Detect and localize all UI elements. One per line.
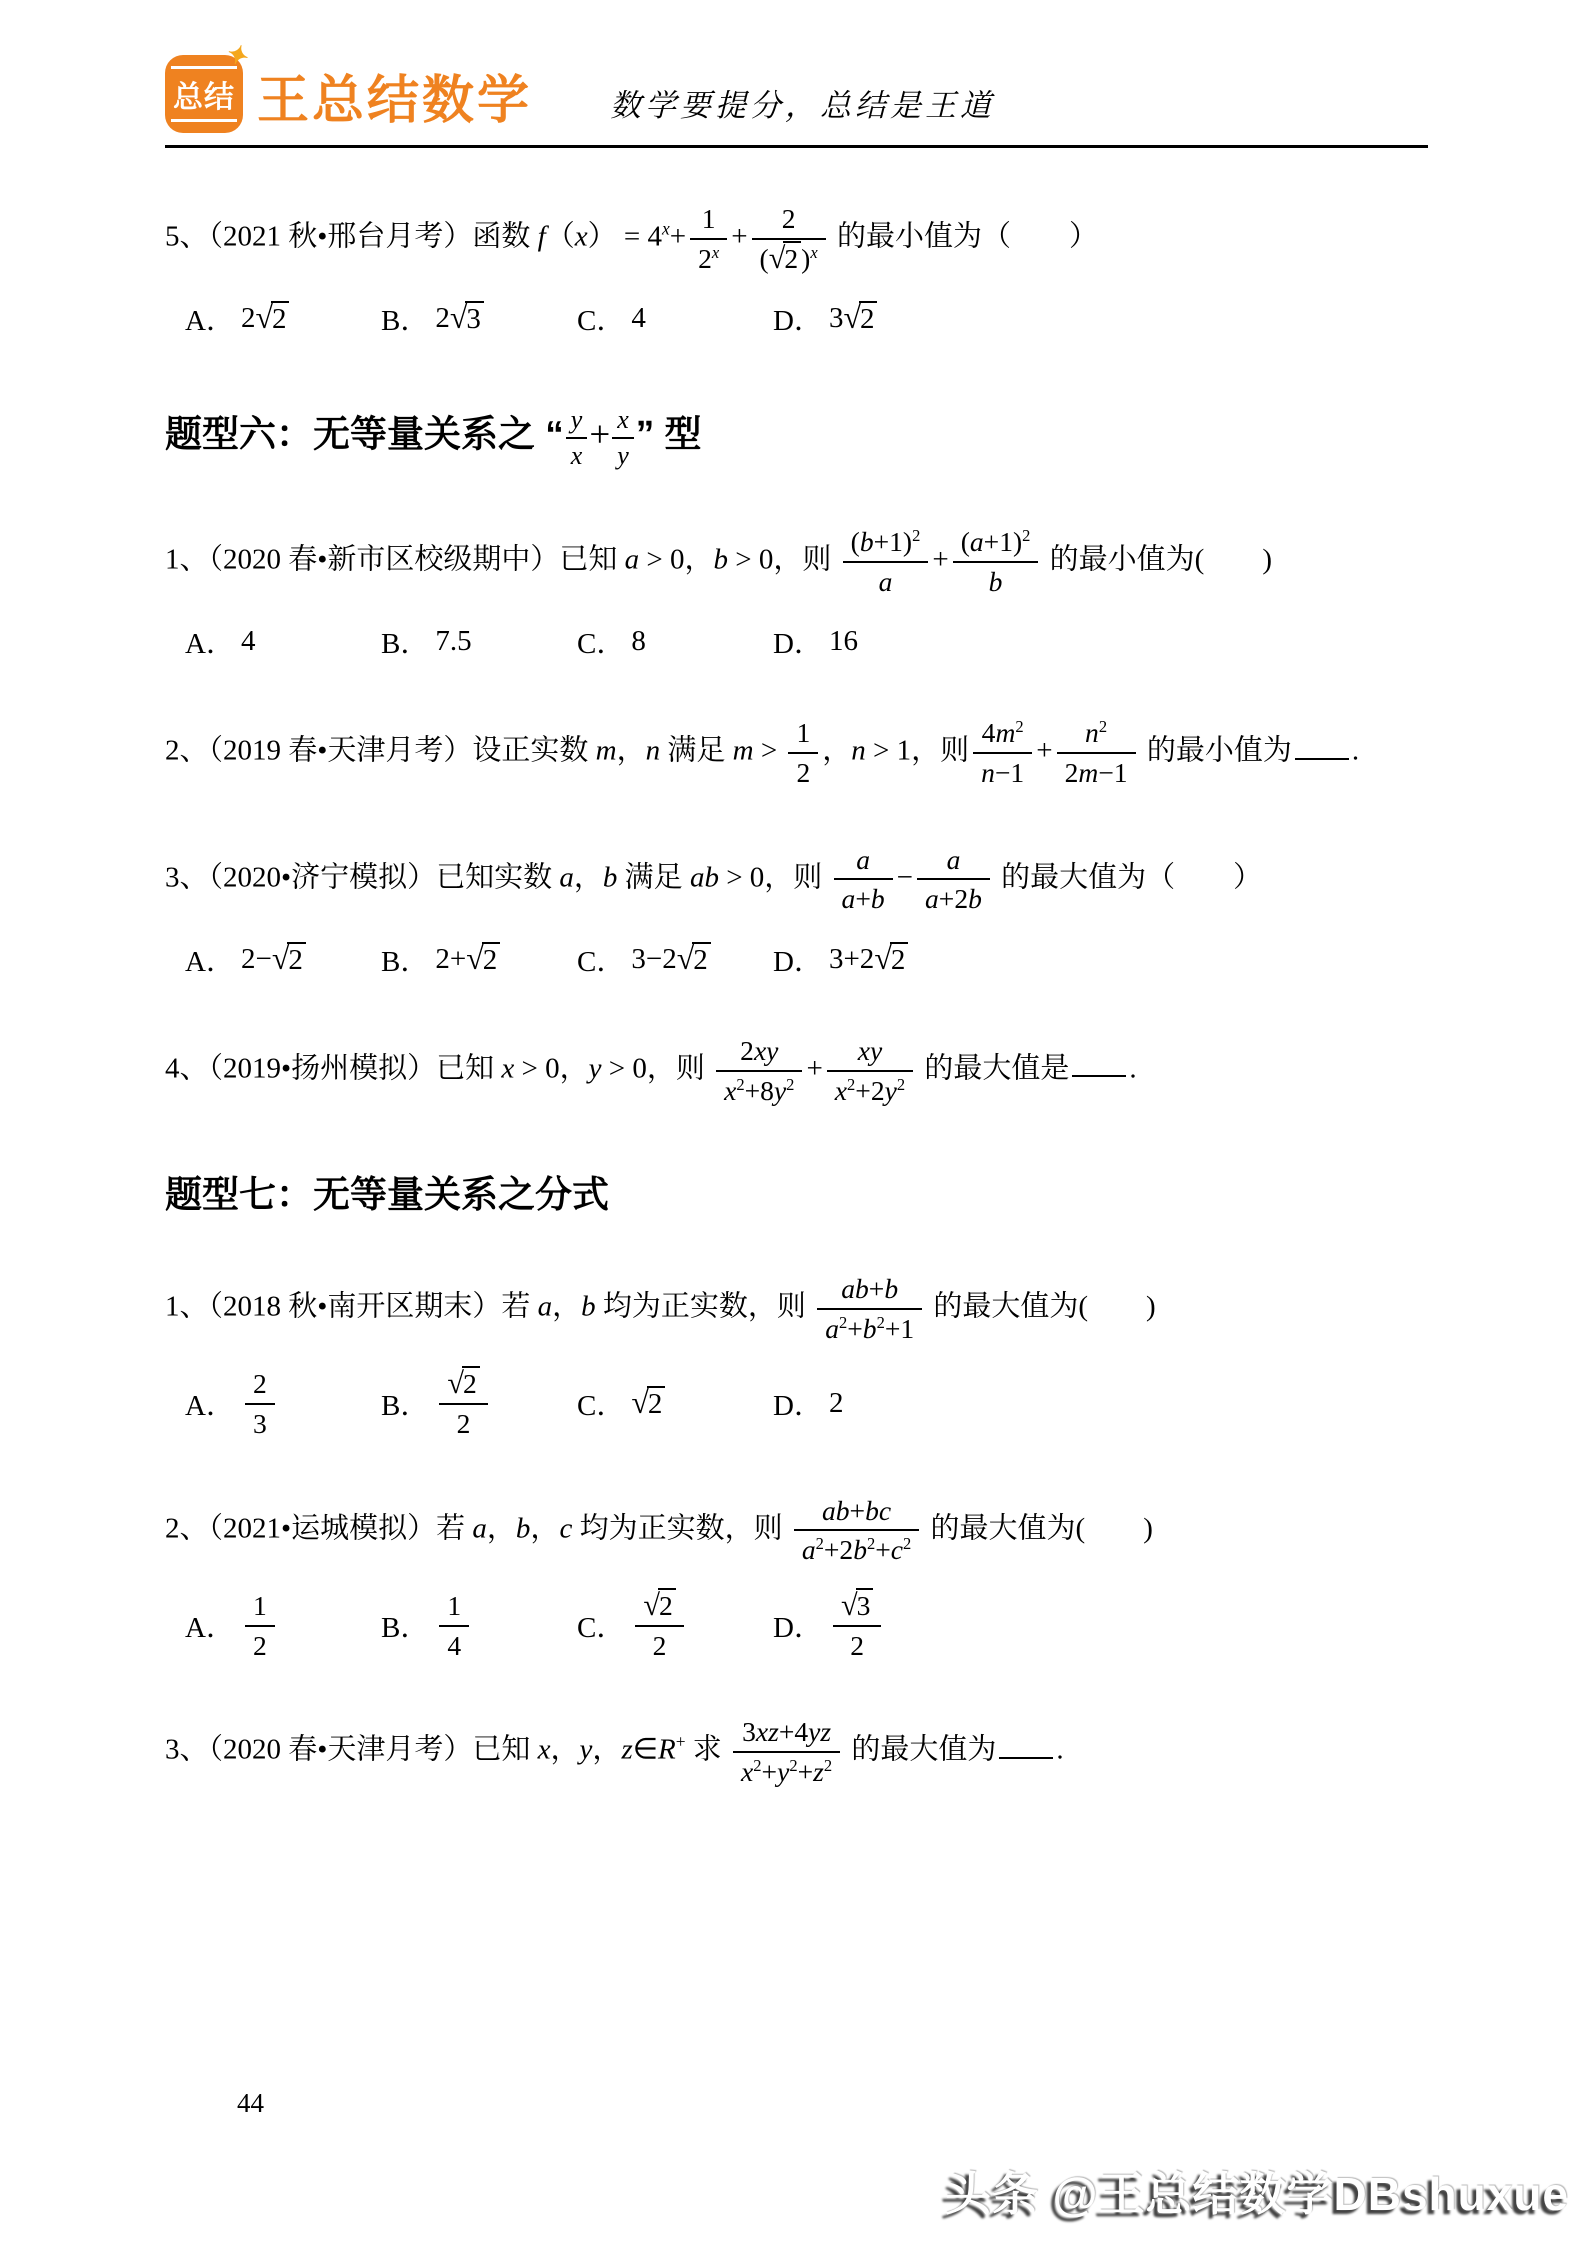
questions-area: 5、（2021 秋•邢台月考）函数 f（x） = 4x+12x+2(√2)x 的… xyxy=(165,203,1428,1788)
text: 2− xyxy=(241,943,272,976)
text: ， xyxy=(530,1512,559,1544)
math-var: a xyxy=(970,526,984,557)
option-label: A． xyxy=(185,1383,235,1424)
radicand: 2 xyxy=(271,301,290,335)
text: ， xyxy=(552,1290,581,1322)
numerator: √3 xyxy=(833,1590,881,1627)
fraction: aa+b xyxy=(834,844,893,915)
sqrt-expression: √2 xyxy=(677,943,711,977)
option: D．3√2 xyxy=(773,298,969,339)
denominator: 2x xyxy=(690,240,727,275)
text: 2、（2021•运城模拟）若 xyxy=(165,1512,472,1544)
fraction: 12x xyxy=(690,203,727,274)
text: 求 xyxy=(686,1734,730,1766)
section-title-6: 题型六：无等量关系之 “yx+xy” 型 xyxy=(165,405,1428,471)
superscript: x xyxy=(810,243,817,262)
text: ， xyxy=(487,1512,516,1544)
superscript: 2 xyxy=(789,1756,797,1775)
math-var: b xyxy=(860,526,874,557)
answer-blank xyxy=(1072,1046,1126,1077)
math-var: b xyxy=(884,1273,898,1304)
math-var: x xyxy=(617,405,629,434)
denominator: 2 xyxy=(788,754,818,789)
math-var: b xyxy=(968,883,982,914)
numerator: (a+1)2 xyxy=(953,526,1039,563)
radicand: 2 xyxy=(287,942,306,976)
math-var: a xyxy=(879,566,893,597)
numerator: xy xyxy=(827,1035,913,1072)
denominator: a+2b xyxy=(917,880,990,915)
text: “ xyxy=(545,414,564,455)
question-7-1-options: A．23B．√22C．√2D．2 xyxy=(165,1368,1428,1439)
math-var: y xyxy=(774,1075,786,1106)
document-page: ✦ 总结 王总结数学 数学要提分，总结是王道 5、（2021 秋•邢台月考）函数… xyxy=(0,0,1587,2245)
text: 的最小值为 xyxy=(1140,735,1292,767)
fraction: √22 xyxy=(439,1368,487,1439)
numerator: 2 xyxy=(752,203,826,240)
superscript: 2 xyxy=(1022,526,1030,545)
numerator: 2 xyxy=(245,1368,275,1405)
numerator: 1 xyxy=(788,717,818,754)
question-7-3: 3、（2020 春•天津月考）已知 x，y，z∈R+ 求 3xz+4yzx2+y… xyxy=(165,1716,1428,1787)
sqrt-expression: √2 xyxy=(769,243,801,275)
text: 1、（2020 春•新市区校级期中）已知 xyxy=(165,543,625,575)
math-var: b xyxy=(989,566,1003,597)
fraction: xy xyxy=(612,405,634,471)
denominator: x2+y2+z2 xyxy=(733,1753,840,1788)
radicand: 2 xyxy=(890,942,909,976)
text: 8 xyxy=(631,625,646,658)
text: . xyxy=(1352,735,1359,767)
denominator: 2 xyxy=(833,1627,881,1662)
question-7-2-options: A．12B．14C．√22D．√32 xyxy=(165,1590,1428,1661)
option: D．2 xyxy=(773,1368,969,1439)
text: −1 xyxy=(1098,757,1127,788)
question-6-3: 3、（2020•济宁模拟）已知实数 a，b 满足 ab > 0，则 aa+b−a… xyxy=(165,844,1428,915)
fraction: yx xyxy=(566,405,588,471)
text: + xyxy=(875,1534,891,1565)
text: +2 xyxy=(939,883,968,914)
text: + xyxy=(850,1495,866,1526)
text: . xyxy=(1056,1734,1063,1766)
math-var: b xyxy=(581,1290,596,1322)
math-var: a xyxy=(472,1512,487,1544)
fraction: 4m2n−1 xyxy=(973,717,1032,788)
text: 的最大值为（ ） xyxy=(994,861,1262,893)
header: ✦ 总结 王总结数学 数学要提分，总结是王道 xyxy=(165,55,1428,133)
text: ， xyxy=(551,1734,580,1766)
watermark-text: 头条 @王总结数学DBshuxue xyxy=(945,2158,1569,2224)
math-var: xy xyxy=(754,1035,778,1066)
denominator: 4 xyxy=(439,1627,469,1662)
option-label: C． xyxy=(577,621,625,662)
sqrt-expression: √2 xyxy=(643,1590,675,1622)
text: + xyxy=(762,1756,778,1787)
math-var: x xyxy=(575,220,588,252)
text: ， xyxy=(574,861,603,893)
math-var: xy xyxy=(858,1035,882,1066)
text: 题型七：无等量关系之分式 xyxy=(165,1174,609,1215)
superscript: 2 xyxy=(839,1312,847,1331)
denominator: x2+8y2 xyxy=(716,1072,802,1107)
math-var: b xyxy=(714,543,729,575)
option-label: D． xyxy=(773,939,823,980)
option: B．√22 xyxy=(381,1368,577,1439)
text: + xyxy=(670,220,686,252)
text: 2、（2019 春•天津月考）设正实数 xyxy=(165,735,596,767)
text: 3 xyxy=(742,1716,756,1747)
numerator: 2xy xyxy=(716,1035,802,1072)
denominator: x2+2y2 xyxy=(827,1072,913,1107)
math-var: a xyxy=(856,844,870,875)
text: 7.5 xyxy=(435,625,471,658)
superscript: 2 xyxy=(816,1534,824,1553)
text: 3−2 xyxy=(631,943,676,976)
math-var: y xyxy=(885,1075,897,1106)
radicand: 2 xyxy=(859,301,878,335)
math-var: a xyxy=(825,1313,839,1344)
fraction: (b+1)2a xyxy=(843,526,929,597)
math-var: b xyxy=(603,861,618,893)
text: +2 xyxy=(824,1534,853,1565)
brand-title: 王总结数学 xyxy=(257,75,532,133)
math-var: a xyxy=(559,861,574,893)
text: + xyxy=(798,1756,814,1787)
option: C．3−2√2 xyxy=(577,939,773,980)
sqrt-expression: √3 xyxy=(841,1590,873,1622)
math-var: y xyxy=(617,441,629,470)
sqrt-expression: √2 xyxy=(843,302,877,336)
fraction: xyx2+2y2 xyxy=(827,1035,913,1106)
option: B．14 xyxy=(381,1590,577,1661)
radicand: 2 xyxy=(692,942,711,976)
text: 1 xyxy=(447,1590,461,1621)
math-var: x xyxy=(501,1052,514,1084)
option-label: C． xyxy=(577,939,625,980)
fraction: 3xz+4yzx2+y2+z2 xyxy=(733,1716,840,1787)
option: D．3+2√2 xyxy=(773,939,969,980)
answer-blank xyxy=(999,1728,1053,1759)
math-var: x xyxy=(741,1756,753,1787)
text: 的最大值为( ) xyxy=(923,1512,1153,1544)
text: ， xyxy=(822,735,851,767)
fraction: 2xyx2+8y2 xyxy=(716,1035,802,1106)
fraction: √32 xyxy=(833,1590,881,1661)
option: A．2√2 xyxy=(185,298,381,339)
sqrt-expression: √2 xyxy=(631,1387,665,1421)
superscript: 2 xyxy=(897,1075,905,1094)
option: B．2+√2 xyxy=(381,939,577,980)
text: > 0，则 xyxy=(719,861,830,893)
text: 2 xyxy=(698,243,712,274)
text: + xyxy=(589,415,610,456)
numerator: 1 xyxy=(690,203,727,240)
answer-blank xyxy=(1295,729,1349,760)
math-var: y xyxy=(777,1756,789,1787)
superscript: 2 xyxy=(736,1075,744,1094)
radicand: 2 xyxy=(482,942,501,976)
option-label: B． xyxy=(381,298,429,339)
sqrt-expression: √2 xyxy=(272,943,306,977)
text: 2 xyxy=(435,302,450,335)
radicand: 2 xyxy=(783,241,801,274)
option-label: C． xyxy=(577,1383,625,1424)
radicand: 2 xyxy=(462,1366,480,1399)
text: + xyxy=(1036,735,1052,767)
denominator: (√2)x xyxy=(752,240,826,275)
superscript: 2 xyxy=(786,1075,794,1094)
numerator: a xyxy=(834,844,893,881)
option: D．16 xyxy=(773,621,969,662)
radicand: 2 xyxy=(647,1386,666,1420)
question-6-2: 2、（2019 春•天津月考）设正实数 m，n 满足 m > 12，n > 1，… xyxy=(165,717,1428,788)
math-var: m xyxy=(1078,757,1098,788)
option-label: A． xyxy=(185,1605,235,1646)
radicand: 2 xyxy=(658,1588,676,1621)
denominator: a+b xyxy=(834,880,893,915)
question-6-3-options: A．2−√2B．2+√2C．3−2√2D．3+2√2 xyxy=(165,939,1428,980)
fraction: (a+1)2b xyxy=(953,526,1039,597)
text: ” xyxy=(636,414,655,455)
radicand: 3 xyxy=(465,301,484,335)
superscript: 2 xyxy=(912,526,920,545)
math-var: n xyxy=(646,735,661,767)
numerator: ab+b xyxy=(817,1273,922,1310)
denominator: 2m−1 xyxy=(1057,754,1136,789)
superscript: 2 xyxy=(867,1534,875,1553)
text: 2 xyxy=(253,1368,267,1399)
math-var: n xyxy=(1085,717,1099,748)
math-var: yz xyxy=(808,1716,831,1747)
denominator: 3 xyxy=(245,1405,275,1440)
sqrt-expression: √2 xyxy=(466,943,500,977)
text: 4、（2019•扬州模拟）已知 xyxy=(165,1052,501,1084)
text: + xyxy=(847,1313,863,1344)
denominator: 2 xyxy=(635,1627,683,1662)
text: 均为正实数，则 xyxy=(572,1512,790,1544)
option: C．8 xyxy=(577,621,773,662)
radicand: 3 xyxy=(856,1588,874,1621)
numerator: 1 xyxy=(439,1590,469,1627)
text: ( xyxy=(851,526,860,557)
math-var: x xyxy=(538,1734,551,1766)
denominator: y xyxy=(612,439,634,471)
sqrt-expression: √2 xyxy=(255,302,289,336)
crown-icon: ✦ xyxy=(223,37,253,73)
math-var: ab xyxy=(822,1495,850,1526)
math-var: x xyxy=(835,1075,847,1106)
question-5: 5、（2021 秋•邢台月考）函数 f（x） = 4x+12x+2(√2)x 的… xyxy=(165,203,1428,274)
text: ∈ xyxy=(633,1734,658,1766)
text: 2 xyxy=(1065,757,1079,788)
option-label: D． xyxy=(773,1605,823,1646)
math-var: ab xyxy=(690,861,719,893)
text: 2 xyxy=(653,1630,667,1661)
text: 2 xyxy=(782,203,796,234)
logo-badge-text: 总结 xyxy=(171,66,237,122)
option-label: B． xyxy=(381,939,429,980)
text: 16 xyxy=(829,625,858,658)
math-var: m xyxy=(995,717,1015,748)
text: 3、（2020•济宁模拟）已知实数 xyxy=(165,861,559,893)
text: + xyxy=(731,220,747,252)
text: 的最大值为( ) xyxy=(926,1290,1156,1322)
option: C．√2 xyxy=(577,1368,773,1439)
math-var: bc xyxy=(865,1495,891,1526)
denominator: a xyxy=(843,563,929,598)
text: 5、（2021 秋•邢台月考）函数 xyxy=(165,220,538,252)
option: C．4 xyxy=(577,298,773,339)
question-6-1-options: A．4B．7.5C．8D．16 xyxy=(165,621,1428,662)
option-label: A． xyxy=(185,621,235,662)
numerator: √2 xyxy=(439,1368,487,1405)
numerator: (b+1)2 xyxy=(843,526,929,563)
option-label: B． xyxy=(381,1605,429,1646)
superscript: + xyxy=(676,1732,686,1752)
text: ( xyxy=(961,526,970,557)
fraction: 14 xyxy=(439,1590,469,1661)
option-label: D． xyxy=(773,1383,823,1424)
math-var: c xyxy=(559,1512,572,1544)
math-var: b xyxy=(516,1512,531,1544)
text: 1 xyxy=(796,717,810,748)
text: 2+ xyxy=(435,943,466,976)
fraction: ab+bca2+2b2+c2 xyxy=(794,1495,919,1566)
text: 3+2 xyxy=(829,943,874,976)
text: 3 xyxy=(253,1408,267,1439)
math-var: a xyxy=(925,883,939,914)
math-var: z xyxy=(621,1734,632,1766)
page-number: 44 xyxy=(237,2088,264,2119)
text: 的最大值是 xyxy=(917,1052,1069,1084)
superscript: 2 xyxy=(824,1756,832,1775)
header-tagline: 数学要提分，总结是王道 xyxy=(610,80,995,133)
text: 1 xyxy=(702,203,716,234)
math-var: xz xyxy=(756,1716,779,1747)
math-var: R xyxy=(658,1734,676,1766)
superscript: 2 xyxy=(903,1534,911,1553)
text: 2 xyxy=(850,1630,864,1661)
denominator: x xyxy=(566,439,588,471)
logo-badge: ✦ 总结 xyxy=(165,55,243,133)
text: −1 xyxy=(995,757,1024,788)
numerator: 1 xyxy=(245,1590,275,1627)
denominator: a2+2b2+c2 xyxy=(794,1531,919,1566)
math-var: y xyxy=(580,1734,593,1766)
superscript: 2 xyxy=(877,1312,885,1331)
text: +1) xyxy=(874,526,912,557)
question-7-1: 1、（2018 秋•南开区期末）若 a，b 均为正实数，则 ab+ba2+b2+… xyxy=(165,1273,1428,1344)
text: > 0， xyxy=(639,543,713,575)
text: ， xyxy=(617,735,646,767)
text: +8 xyxy=(745,1075,774,1106)
math-var: c xyxy=(891,1534,903,1565)
text: 1 xyxy=(253,1590,267,1621)
text: 2 xyxy=(796,757,810,788)
text: 2 xyxy=(457,1408,471,1439)
math-var: a xyxy=(802,1534,816,1565)
option-label: C． xyxy=(577,1605,625,1646)
fraction: 12 xyxy=(788,717,818,788)
math-var: n xyxy=(981,757,995,788)
text: +1) xyxy=(984,526,1022,557)
question-6-4: 4、（2019•扬州模拟）已知 x > 0，y > 0，则 2xyx2+8y2+… xyxy=(165,1035,1428,1106)
option: A．4 xyxy=(185,621,381,662)
text: 3、（2020 春•天津月考）已知 xyxy=(165,1734,538,1766)
math-var: b xyxy=(863,1313,877,1344)
text: 1、（2018 秋•南开区期末）若 xyxy=(165,1290,538,1322)
fraction: 12 xyxy=(245,1590,275,1661)
superscript: 2 xyxy=(753,1756,761,1775)
superscript: x xyxy=(662,219,670,239)
page-content: ✦ 总结 王总结数学 数学要提分，总结是王道 5、（2021 秋•邢台月考）函数… xyxy=(0,0,1587,1788)
text: 满足 xyxy=(617,861,690,893)
math-var: ab xyxy=(841,1273,869,1304)
section-title-7: 题型七：无等量关系之分式 xyxy=(165,1173,1428,1218)
denominator: b xyxy=(953,563,1039,598)
text: 的最小值为（ ） xyxy=(830,220,1098,252)
math-var: n xyxy=(851,735,866,767)
text: 2 xyxy=(829,1387,844,1420)
text: ） = 4 xyxy=(588,220,662,252)
fraction: √22 xyxy=(635,1590,683,1661)
numerator: 4m2 xyxy=(973,717,1032,754)
text: 4 xyxy=(631,302,646,335)
text: > 1，则 xyxy=(866,735,969,767)
option-label: B． xyxy=(381,621,429,662)
math-var: f xyxy=(538,220,546,252)
superscript: 2 xyxy=(1099,717,1107,736)
numerator: 3xz+4yz xyxy=(733,1716,840,1753)
numerator: n2 xyxy=(1057,717,1136,754)
numerator: x xyxy=(612,405,634,439)
option: C．√22 xyxy=(577,1590,773,1661)
math-var: m xyxy=(733,735,754,767)
fraction: n22m−1 xyxy=(1057,717,1136,788)
sqrt-expression: √2 xyxy=(874,943,908,977)
option-label: A． xyxy=(185,939,235,980)
option: B．7.5 xyxy=(381,621,577,662)
text: +2 xyxy=(855,1075,884,1106)
option-label: B． xyxy=(381,1383,429,1424)
math-var: a xyxy=(947,844,961,875)
numerator: y xyxy=(566,405,588,439)
text: + xyxy=(806,1052,822,1084)
text: （ xyxy=(546,220,575,252)
denominator: 2 xyxy=(245,1627,275,1662)
option: A．23 xyxy=(185,1368,381,1439)
text: − xyxy=(897,861,913,893)
denominator: a2+b2+1 xyxy=(817,1310,922,1345)
header-divider xyxy=(165,145,1428,148)
text: ( xyxy=(760,243,769,274)
text: +1 xyxy=(885,1313,914,1344)
text: 的最小值为( ) xyxy=(1042,543,1272,575)
text: 4 xyxy=(447,1630,461,1661)
math-var: b xyxy=(871,883,885,914)
option: A．2−√2 xyxy=(185,939,381,980)
option: D．√32 xyxy=(773,1590,969,1661)
text: > 0， xyxy=(514,1052,588,1084)
text: . xyxy=(1129,1052,1136,1084)
numerator: √2 xyxy=(635,1590,683,1627)
question-5-options: A．2√2B．2√3C．4D．3√2 xyxy=(165,298,1428,339)
option-label: D． xyxy=(773,298,823,339)
text: 的最大值为 xyxy=(844,1734,996,1766)
math-var: a xyxy=(842,883,856,914)
question-6-1: 1、（2020 春•新市区校级期中）已知 a > 0，b > 0，则 (b+1)… xyxy=(165,526,1428,597)
text: + xyxy=(855,883,871,914)
